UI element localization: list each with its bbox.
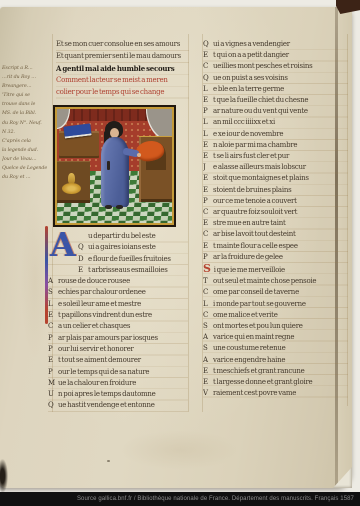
line-initial: Q	[48, 400, 55, 411]
verse-line: Avarice engendre haine	[203, 355, 348, 366]
line-initial: Q	[203, 39, 210, 50]
verse-line: Le soleil leur ame et mestre	[48, 299, 188, 310]
verse-line: De flour de fueilles fruitoies	[78, 254, 188, 265]
line-initial: C	[203, 287, 210, 298]
verse-text: raiement cest povre vame	[213, 389, 296, 397]
verse-line: u departir du bel este	[78, 231, 188, 242]
verse-text: ome malice et verite	[213, 311, 278, 319]
binding-corner	[336, 0, 360, 14]
manuscript-scan: Escript a R……rit du Roy …Breangere…'Titr…	[0, 0, 360, 506]
line-initial: E	[78, 265, 85, 276]
verse-line: Qui a vignes a vendengier	[203, 39, 348, 50]
verse-line: Sechies par chalour ordenee	[48, 287, 188, 298]
line-initial: P	[203, 106, 210, 117]
line-initial: E	[203, 185, 210, 196]
verse-line: Et se li airs fust cler et pur	[203, 151, 348, 162]
verse-line: Sune coustume retenue	[203, 343, 348, 354]
left-text-column: u departir du bel esteQui a gaires ioian…	[48, 231, 188, 412]
verse-text: t largesse donne et grant gloire	[213, 378, 312, 386]
verse-line: Que on puist a ses voisins	[203, 73, 348, 84]
verse-line: Lan mil ccc iiiixx et xi	[203, 117, 348, 128]
verse-text: ueillies mont pesches et roisins	[213, 62, 312, 70]
verse-line: Le xe iour de novembre	[203, 129, 348, 140]
verse-text: t papillons vindrent dun estre	[58, 311, 152, 319]
line-initial: M	[48, 378, 55, 389]
margin-note-line: trouve dans le	[2, 100, 52, 109]
verse-text: ar la froidure de gelee	[213, 253, 283, 261]
line-initial: C	[203, 310, 210, 321]
verse-text: i que ie me merveilloie	[214, 266, 285, 274]
line-initial: C	[48, 321, 55, 332]
verse-line: Que hastit vendenge et entonne	[48, 400, 188, 411]
author-figure	[97, 121, 135, 213]
line-initial: L	[203, 117, 210, 128]
verse-line: Mue la chalour en froidure	[48, 378, 188, 389]
verse-text: our ce me tenoie a couvert	[213, 197, 297, 205]
verse-text: varice engendre haine	[213, 356, 285, 364]
verse-line: Cueillies mont pesches et roisins	[203, 61, 348, 72]
header-line: Et se mon cuer consolue en ses amours	[56, 39, 189, 51]
line-initial: V	[203, 388, 210, 399]
verse-text: ue on puist a ses voisins	[213, 74, 288, 82]
line-initial: C	[203, 207, 210, 218]
margin-note-line: N 32.	[2, 128, 52, 137]
verse-line: Et papillons vindrent dun estre	[48, 310, 188, 321]
line-initial: P	[203, 196, 210, 207]
verse-line: Et arbrisseaus esmailloies	[78, 265, 188, 276]
line-initial: E	[48, 310, 55, 321]
verse-text: rouse de douce rousee	[58, 277, 130, 285]
verse-line: Vraiement cest povre vame	[203, 388, 348, 399]
margin-annotations: Escript a R……rit du Roy …Breangere…'Titr…	[2, 64, 52, 182]
verse-text: ar bise lavoit tout desteint	[213, 230, 296, 238]
verse-text: e alasse ailleurs mais lobscur	[213, 163, 306, 171]
margin-note-line: Jour de Veau…	[2, 155, 52, 164]
verse-text: ue hastit vendenge et entonne	[58, 401, 155, 409]
verse-line: Je alasse ailleurs mais lobscur	[203, 162, 348, 173]
line-initial: A	[203, 332, 210, 343]
line-initial: E	[203, 241, 210, 252]
verse-text: u departir du bel este	[88, 232, 155, 240]
verse-text: a un celier et chasques	[58, 322, 130, 330]
line-initial: E	[203, 95, 210, 106]
margin-note-line: Quelce de Legende	[2, 164, 52, 173]
line-initial: P	[203, 252, 210, 263]
verse-line: Arouse de douce rousee	[48, 276, 188, 287]
verse-text: e flour de fueilles fruitoies	[88, 255, 171, 263]
verse-text: ar quautre foiz souloit vert	[213, 208, 297, 216]
verse-line: Pour le temps qui de sa nature	[48, 367, 188, 378]
line-initial: Q	[78, 242, 85, 253]
line-initial: L	[203, 299, 210, 310]
verse-line: Qui a gaires ioians este	[78, 242, 188, 253]
margin-note-line: Escript a R…	[2, 64, 52, 73]
line-initial: D	[78, 254, 85, 265]
verse-line: Et tout se aiment demourer	[48, 355, 188, 366]
margin-note-line: Breangere…	[2, 82, 52, 91]
verse-line: Li monde par tout se gouverne	[203, 299, 348, 310]
verse-line: Estoit que montaignes et plains	[203, 173, 348, 184]
verse-line: Le ble en la terre germe	[203, 84, 348, 95]
line-initial: P	[48, 344, 55, 355]
verse-line: Et que la fueille chiet du chesne	[203, 95, 348, 106]
verse-line: Estre mue en autre taint	[203, 218, 348, 229]
verse-line: Come par conseil de taverne	[203, 287, 348, 298]
line-initial: J	[203, 162, 210, 173]
verse-text: t tout se aiment demourer	[58, 356, 141, 364]
verse-line: Et largesse donne et grant gloire	[203, 377, 348, 388]
verse-text: varice qui en maint regne	[213, 333, 294, 341]
left-column-header: Et se mon cuer consolue en ses amoursEt …	[56, 39, 189, 99]
line-initial: P	[48, 367, 55, 378]
verse-line: Come malice et verite	[203, 310, 348, 321]
verse-line: Tout seul et mainte chose pensoie	[203, 276, 348, 287]
verse-text: t meschiefs et grant rancune	[213, 367, 304, 375]
verse-text: t qui on a a petit dangier	[213, 51, 289, 59]
line-initial: A	[203, 355, 210, 366]
verse-text: t arbrisseaus esmailloies	[88, 266, 168, 274]
line-initial: L	[203, 129, 210, 140]
margin-note-line: …rit du Roy …	[2, 73, 52, 82]
gold-basin	[62, 183, 81, 194]
line-initial: U	[48, 389, 55, 400]
line-initial: P	[48, 333, 55, 344]
line-initial: C	[203, 229, 210, 240]
header-line: A gentil mal aide humble secours	[56, 63, 189, 75]
verse-text: ar plais par amours par iosques	[58, 334, 158, 342]
verse-text: ui a vignes a vendengier	[213, 40, 290, 48]
source-caption-text: Source gallica.bnf.fr / Bibliothèque nat…	[77, 496, 354, 502]
line-initial: E	[203, 140, 210, 151]
margin-note-line: du Roy N°. Neuf.	[2, 119, 52, 128]
verse-line: Avarice qui en maint regne	[203, 332, 348, 343]
verse-line: Pour lui servir et honorer	[48, 344, 188, 355]
verse-line: Si que ie me merveilloie	[203, 263, 348, 276]
margin-note-line: C'aprés cela	[2, 137, 52, 146]
line-initial: S	[48, 287, 55, 298]
line-initial: S	[203, 343, 210, 354]
verse-text: ome par conseil de taverne	[213, 288, 299, 296]
verse-text: stoit que montaignes et plains	[213, 174, 309, 182]
line-initial: E	[203, 50, 210, 61]
margin-note-line: MS. de la Bibl.	[2, 109, 52, 118]
verse-text: t que la fueille chiet du chesne	[213, 96, 308, 104]
header-line: Et quant premier senti le mau damours	[56, 51, 189, 63]
verse-text: ar nature ou du vent qui vente	[213, 107, 308, 115]
rubric-line: Comment lacteur se meist a meren	[56, 75, 189, 87]
shadow-spot	[0, 459, 8, 493]
cupboard	[57, 161, 90, 203]
line-initial: L	[48, 299, 55, 310]
verse-line: Et qui on a a petit dangier	[203, 50, 348, 61]
verse-line: Pour ce me tenoie a couvert	[203, 196, 348, 207]
line-initial: E	[48, 355, 55, 366]
line-initial: E	[203, 366, 210, 377]
verse-line: Car bise lavoit tout desteint	[203, 229, 348, 240]
parchment-stain	[120, 430, 240, 470]
verse-text: an mil ccc iiiixx et xi	[213, 118, 275, 126]
verse-text: e soleil leur ame et mestre	[58, 300, 141, 308]
miniature-illustration	[53, 105, 176, 227]
verse-text: our lui servir et honorer	[58, 345, 134, 353]
margin-note-line: du Roy et …	[2, 173, 52, 182]
verse-text: t mainte flour a celle espee	[213, 242, 298, 250]
line-initial: A	[48, 276, 55, 287]
verse-line: Sont mortes et pou lun quiere	[203, 321, 348, 332]
miniature-scene	[57, 109, 172, 223]
line-initial: E	[203, 173, 210, 184]
hand	[137, 153, 141, 157]
verse-text: ui a gaires ioians este	[88, 243, 156, 251]
line-initial: E	[203, 218, 210, 229]
verse-line: Estoient de bruines plains	[203, 185, 348, 196]
verse-text: stre mue en autre taint	[213, 219, 286, 227]
line-initial: T	[203, 276, 210, 287]
right-text-column: Qui a vignes a vendengierEt qui on a a p…	[203, 39, 348, 400]
verse-line: Et mainte flour a celle espee	[203, 241, 348, 252]
margin-note-line: la legende dud.	[2, 146, 52, 155]
line-initial: E	[203, 151, 210, 162]
verse-line: En aloie par mi ma chambre	[203, 140, 348, 151]
rubric-line: colier pour le temps qui se change	[56, 87, 189, 99]
verse-line: Car quautre foiz souloit vert	[203, 207, 348, 218]
line-initial: C	[203, 61, 210, 72]
line-initial: Q	[203, 73, 210, 84]
verse-text: e xe iour de novembre	[213, 130, 283, 138]
verse-line: Un poi apres le temps dautomne	[48, 389, 188, 400]
verse-line: Ca un celier et chasques	[48, 321, 188, 332]
verse-text: t se li airs fust cler et pur	[213, 152, 289, 160]
verse-text: echies par chalour ordenee	[58, 288, 146, 296]
verse-line: Par nature ou du vent qui vente	[203, 106, 348, 117]
verse-text: ont mortes et pou lun quiere	[213, 322, 303, 330]
verse-text: ue la chalour en froidure	[58, 379, 136, 387]
verse-text: out seul et mainte chose pensoie	[213, 277, 316, 285]
verse-text: our le temps qui de sa nature	[58, 368, 149, 376]
margin-note-line: 'Titre qui se	[2, 91, 52, 100]
verse-text: stoient de bruines plains	[213, 186, 291, 194]
verse-line: Et meschiefs et grant rancune	[203, 366, 348, 377]
line-initial: E	[203, 377, 210, 388]
held-object	[107, 161, 110, 170]
line-initial: S	[203, 263, 211, 274]
line-initial: L	[203, 84, 210, 95]
ink-speck	[107, 460, 110, 462]
line-initial: S	[203, 321, 210, 332]
verse-text: i monde par tout se gouverne	[213, 300, 306, 308]
verse-line: Par plais par amours par iosques	[48, 333, 188, 344]
verse-text: une coustume retenue	[213, 344, 286, 352]
shoe	[116, 205, 123, 209]
verse-text: n poi apres le temps dautomne	[58, 390, 156, 398]
source-caption-bar: Source gallica.bnf.fr / Bibliothèque nat…	[0, 492, 360, 506]
verse-line: Par la froidure de gelee	[203, 252, 348, 263]
verse-text: n aloie par mi ma chambre	[213, 141, 297, 149]
verse-text: e ble en la terre germe	[213, 85, 284, 93]
shoe	[105, 205, 112, 209]
